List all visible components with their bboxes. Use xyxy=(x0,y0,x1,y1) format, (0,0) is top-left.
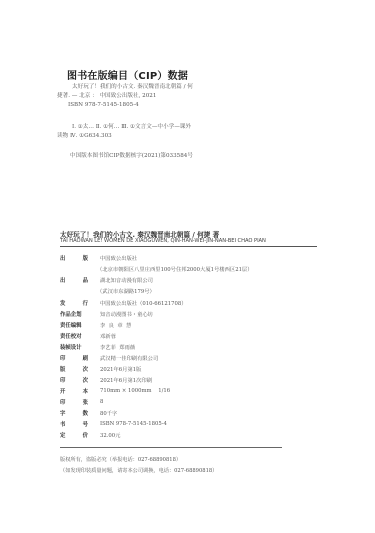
title-divider xyxy=(60,246,317,247)
producer-address: （武汉市东湖路179号） xyxy=(97,287,155,295)
detail-value: 武汉精一佳印刷有限公司 xyxy=(100,354,158,362)
detail-label: 出品 xyxy=(60,276,88,284)
detail-label: 出版 xyxy=(60,254,88,262)
detail-row-isbn: 书号 ISBN 978-7-5145-1805-4 xyxy=(60,419,167,429)
detail-row-format: 开本 710mm × 1000mm 1/16 xyxy=(60,386,170,396)
detail-value: 8 xyxy=(100,399,103,405)
cip-line-1: 太好玩了！我们的小古文. 秦汉魏晋南北朝篇 / 何 xyxy=(72,84,193,91)
detail-value: 710mm × 1000mm 1/16 xyxy=(100,388,170,394)
detail-value: 中国致公出版社 xyxy=(100,254,137,262)
detail-value: 知音动漫图书・童心坊 xyxy=(100,310,153,318)
detail-row-distributor: 发行 中国致公出版社（010-66121708） xyxy=(60,298,187,308)
detail-value: 李艺菲 郑雨薇 xyxy=(100,343,135,351)
detail-row-printing: 印次 2021年6月第1次印刷 xyxy=(60,375,152,385)
detail-label: 发行 xyxy=(60,299,88,307)
cip-heading: 图书在版编目（CIP）数据 xyxy=(67,67,188,82)
cip-line-6: 中国版本图书馆CIP数据核字(2021)第033584号 xyxy=(70,153,193,160)
detail-value: 2021年6月第1次印刷 xyxy=(100,376,152,384)
cip-line-4: Ⅰ. ①太… Ⅱ. ①何… Ⅲ. ①文言文—中小学—课外 xyxy=(72,124,191,131)
detail-row-wordcount: 字数 80千字 xyxy=(60,408,117,418)
detail-value: 中国致公出版社（010-66121708） xyxy=(100,299,187,307)
footer-divider xyxy=(60,447,282,448)
detail-label: 开本 xyxy=(60,387,88,395)
detail-label: 责任校对 xyxy=(60,332,100,340)
detail-label: 印张 xyxy=(60,398,88,406)
copyright-notice: 版权所有，盗版必究（举报电话：027-68890818） xyxy=(60,456,181,463)
cip-line-5: 读物 Ⅳ. ①G634.303 xyxy=(57,133,112,140)
detail-value: 湖北知音动漫有限公司 xyxy=(100,276,153,284)
detail-label: 作品企划 xyxy=(60,310,100,318)
detail-row-editor: 责任编辑 李 良 章 慧 xyxy=(60,320,131,330)
detail-value: 邓新蓉 xyxy=(100,332,116,340)
detail-label: 装帧设计 xyxy=(60,343,100,351)
book-title-pinyin: TAI HAOWAN LE! WOMEN DE XIAOGUWEN, QIN-H… xyxy=(60,238,266,244)
detail-value: 80千字 xyxy=(100,409,117,417)
detail-label: 印刷 xyxy=(60,354,88,362)
detail-row-edition: 版次 2021年6月第1版 xyxy=(60,364,141,374)
detail-row-producer: 出品 湖北知音动漫有限公司 xyxy=(60,275,153,285)
cip-line-3: ISBN 978-7-5145-1805-4 xyxy=(68,102,139,109)
detail-row-design: 装帧设计 李艺菲 郑雨薇 xyxy=(60,342,135,352)
detail-value: 2021年6月第1版 xyxy=(100,365,141,373)
detail-label: 定价 xyxy=(60,431,88,439)
detail-label: 责任编辑 xyxy=(60,321,100,329)
detail-value: 32.00元 xyxy=(100,431,120,439)
detail-row-publisher: 出版 中国致公出版社 xyxy=(60,253,137,263)
detail-value: ISBN 978-7-5145-1805-4 xyxy=(100,421,167,427)
detail-row-price: 定价 32.00元 xyxy=(60,430,120,440)
cip-line-2: 捷著. — 北京 ： 中国致公出版社, 2021 xyxy=(57,93,156,100)
detail-row-proofreader: 责任校对 邓新蓉 xyxy=(60,331,116,341)
detail-label: 书号 xyxy=(60,420,88,428)
detail-value: 李 良 章 慧 xyxy=(100,321,131,329)
detail-label: 字数 xyxy=(60,409,88,417)
detail-label: 印次 xyxy=(60,376,88,384)
publisher-address: （北京市朝阳区八里庄西里100号住邦2000大厦1号楼西区21层） xyxy=(97,265,253,273)
detail-label: 版次 xyxy=(60,365,88,373)
detail-row-sheets: 印张 8 xyxy=(60,397,103,407)
quality-notice: （如发现印装质量问题，请寄本公司调换，电话：027-68890818） xyxy=(60,467,217,474)
detail-row-printer: 印刷 武汉精一佳印刷有限公司 xyxy=(60,353,158,363)
detail-row-planning: 作品企划 知音动漫图书・童心坊 xyxy=(60,309,153,319)
